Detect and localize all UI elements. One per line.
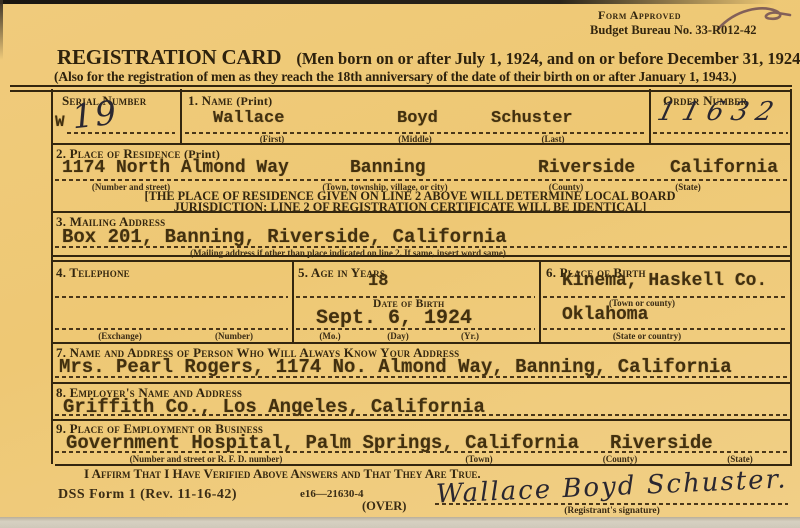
title-eligibility-note: (Men born on or after July 1, 1924, and … <box>296 49 800 69</box>
row7-bottom-rule <box>51 382 792 384</box>
dob-dotted-line <box>296 328 535 330</box>
form-approved-block: Form Approved Budget Bureau No. 33-R012-… <box>590 8 756 38</box>
name-order-divider <box>649 89 651 144</box>
birth-state-dotted-line <box>543 328 788 330</box>
employer-dotted-line <box>55 414 788 416</box>
subtitle-note: (Also for the registration of men as the… <box>54 69 796 85</box>
month-sublabel: (Mo.) <box>319 331 340 341</box>
budget-bureau-label: Budget Bureau No. 33-R012-42 <box>590 23 756 38</box>
birth-state-sublabel: (State or country) <box>613 331 681 341</box>
row6-bottom-rule <box>51 342 792 344</box>
header-double-rule <box>10 85 792 92</box>
table-right-border <box>790 89 792 464</box>
telephone-label: 4. Telephone <box>56 265 130 281</box>
form-id-label: DSS Form 1 (Rev. 11-16-42) <box>58 487 237 503</box>
scan-bottom-strip <box>0 517 800 528</box>
mailing-address-value: Box 201, Banning, Riverside, California <box>62 226 507 248</box>
card-title-line: REGISTRATION CARD (Men born on or after … <box>57 45 800 70</box>
name-last-value: Schuster <box>491 109 573 128</box>
employment-county-sublabel: (County) <box>603 454 638 464</box>
employment-dotted-line <box>55 451 788 453</box>
date-of-birth-value: Sept. 6, 1924 <box>316 307 472 330</box>
name-middle-value: Boyd <box>397 109 438 128</box>
page-title: REGISTRATION CARD <box>57 45 281 70</box>
scan-left-edge <box>0 0 3 60</box>
residence-dotted-line <box>55 179 788 181</box>
order-dotted-line <box>653 132 788 134</box>
employment-state-sublabel: (State) <box>727 454 753 464</box>
serial-name-divider <box>180 89 182 144</box>
age-value: 18 <box>368 272 388 291</box>
day-sublabel: (Day) <box>387 331 409 341</box>
middle-sublabel: (Middle) <box>398 134 432 144</box>
contact-dotted-line <box>55 376 788 378</box>
form-approved-label: Form Approved <box>590 8 756 23</box>
mailing-sublabel: (Mailing address if other than place ind… <box>190 248 506 258</box>
birth-town-value: Kinema, Haskell Co. <box>562 271 767 291</box>
residence-county-value: Riverside <box>538 158 635 178</box>
scan-top-edge <box>0 0 800 4</box>
age-birth-divider <box>539 262 541 342</box>
last-sublabel: (Last) <box>542 134 565 144</box>
telephone-dotted-line-1 <box>55 296 288 298</box>
order-number-value: 11632 <box>654 97 784 127</box>
name-first-value: Wallace <box>213 109 284 128</box>
table-left-border <box>51 89 53 464</box>
signature-sublabel: (Registrant's signature) <box>564 506 660 516</box>
serial-prefix: W <box>55 113 65 131</box>
registration-card: Form Approved Budget Bureau No. 33-R012-… <box>0 0 800 517</box>
residence-town-value: Banning <box>350 158 426 178</box>
first-sublabel: (First) <box>260 134 285 144</box>
year-sublabel: (Yr.) <box>461 331 479 341</box>
jurisdiction-note-line2: JURISDICTION; LINE 2 OF REGISTRATION CER… <box>30 200 790 215</box>
number-sublabel: (Number) <box>215 331 253 341</box>
contact-value: Mrs. Pearl Rogers, 1174 No. Almond Way, … <box>59 356 732 378</box>
name-label: 1. Name (Print) <box>188 93 272 109</box>
exchange-sublabel: (Exchange) <box>98 331 142 341</box>
affirmation-statement: I Affirm That I Have Verified Above Answ… <box>84 466 481 482</box>
telephone-dotted-line-2 <box>55 328 288 330</box>
over-label: (OVER) <box>362 499 406 514</box>
tel-age-divider <box>292 262 294 342</box>
residence-street-value: 1174 North Almond Way <box>62 158 289 178</box>
birth-state-value: Oklahoma <box>562 305 648 325</box>
residence-state-value: California <box>670 158 778 178</box>
serial-number-value: 19 <box>70 93 120 137</box>
print-code: e16—21630-4 <box>300 488 364 500</box>
signature-dotted-line <box>435 503 788 505</box>
employment-town-sublabel: (Town) <box>465 454 492 464</box>
employment-street-sublabel: (Number and street or R. F. D. number) <box>130 454 283 464</box>
